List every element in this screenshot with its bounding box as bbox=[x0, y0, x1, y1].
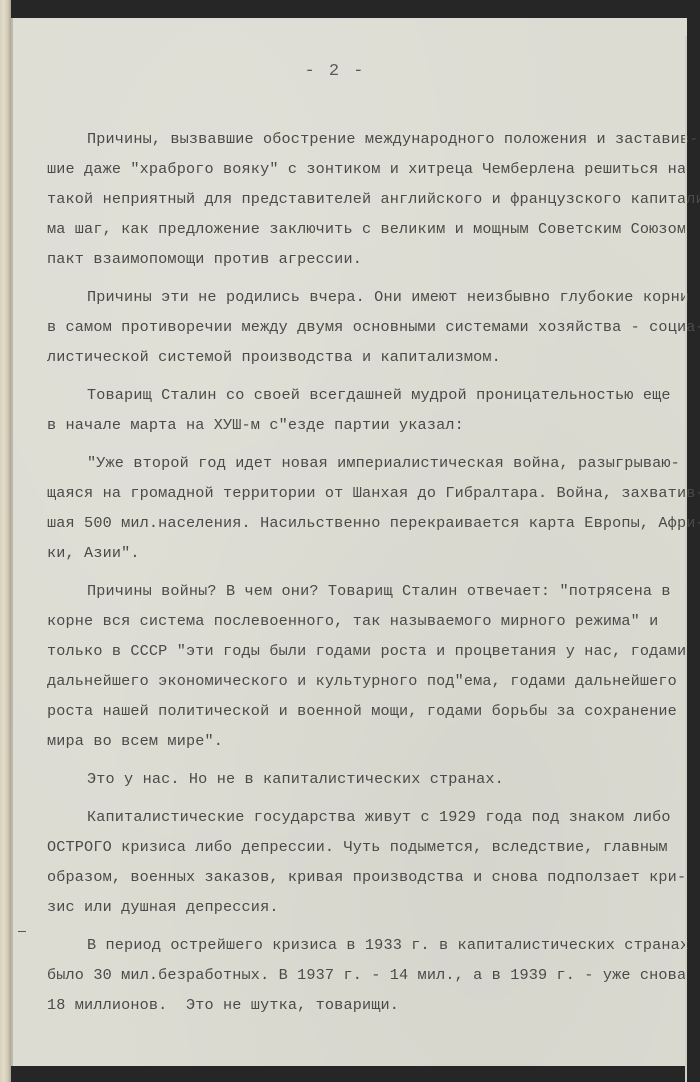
scanned-page-viewer: - 2 - Причины, вызвавшие обострение межд… bbox=[0, 0, 700, 1082]
page-edge bbox=[685, 36, 687, 1082]
quote-line: шая 500 мил.населения. Насильственно пер… bbox=[47, 508, 687, 538]
quote-line: ки, Азии". bbox=[47, 538, 687, 568]
text-line: корне вся система послевоенного, так наз… bbox=[47, 606, 687, 636]
document-page: - 2 - Причины, вызвавшие обострение межд… bbox=[13, 18, 687, 1066]
text-line: Товарищ Сталин со своей всегдашней мудро… bbox=[47, 380, 687, 410]
text-line: ма шаг, как предложение заключить с вели… bbox=[47, 214, 687, 244]
text-line: шие даже "храброго вояку" с зонтиком и х… bbox=[47, 154, 687, 184]
text-line: Это у нас. Но не в капиталистических стр… bbox=[47, 764, 687, 794]
text-line: Причины, вызвавшие обострение международ… bbox=[47, 124, 687, 154]
text-line: Причины эти не родились вчера. Они имеют… bbox=[47, 282, 687, 312]
text-line: в самом противоречии между двумя основны… bbox=[47, 312, 687, 342]
text-line: Причины войны? В чем они? Товарищ Сталин… bbox=[47, 576, 687, 606]
binding-strip bbox=[0, 0, 11, 1082]
quote-line: щаяся на громадной территории от Шанхая … bbox=[47, 478, 687, 508]
text-line: листической системой производства и капи… bbox=[47, 342, 687, 372]
text-line: только в СССР "эти годы были годами рост… bbox=[47, 636, 687, 666]
text-line: ОСТРОГО кризиса либо депрессии. Чуть под… bbox=[47, 832, 687, 862]
document-body: Причины, вызвавшие обострение международ… bbox=[47, 124, 687, 1020]
text-line: образом, военных заказов, кривая произво… bbox=[47, 862, 687, 892]
page-number: - 2 - bbox=[0, 62, 672, 81]
text-line: 18 миллионов. Это не шутка, товарищи. bbox=[47, 990, 687, 1020]
text-line: мира во всем мире". bbox=[47, 726, 687, 756]
text-line: пакт взаимопомощи против агрессии. bbox=[47, 244, 687, 274]
text-line: такой неприятный для представителей англ… bbox=[47, 184, 687, 214]
text-line: зис или душная депрессия. bbox=[47, 892, 687, 922]
text-line: роста нашей политической и военной мощи,… bbox=[47, 696, 687, 726]
text-line: дальнейшего экономического и культурного… bbox=[47, 666, 687, 696]
text-line: было 30 мил.безработных. В 1937 г. - 14 … bbox=[47, 960, 687, 990]
margin-tick-mark bbox=[18, 931, 26, 932]
text-line: В период острейшего кризиса в 1933 г. в … bbox=[47, 930, 687, 960]
text-line: в начале марта на ХУШ-м с"езде партии ук… bbox=[47, 410, 687, 440]
text-line: Капиталистические государства живут с 19… bbox=[47, 802, 687, 832]
quote-line: "Уже второй год идет новая империалистич… bbox=[47, 448, 687, 478]
